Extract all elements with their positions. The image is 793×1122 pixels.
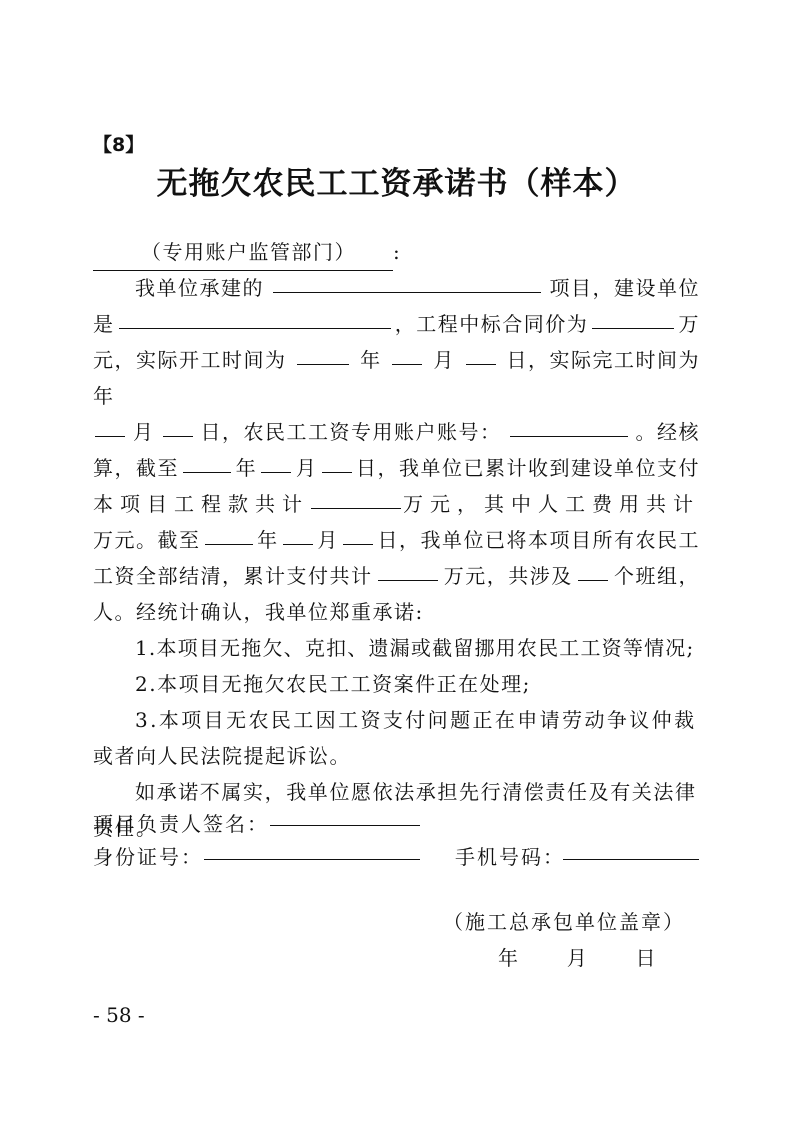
text: 算，截至	[93, 450, 179, 486]
addressee-line: （专用账户监管部门）:	[93, 234, 700, 271]
document-title: 无拖欠农民工工资承诺书（样本）	[0, 158, 793, 203]
text: 项目，建设单位	[550, 270, 701, 306]
end-month-blank[interactable]	[95, 414, 125, 437]
construction-unit-blank[interactable]	[119, 306, 391, 329]
seal-date: 年 月 日	[498, 942, 657, 971]
settled-year-blank[interactable]	[205, 522, 253, 545]
id-number-row: 身份证号：	[93, 839, 203, 875]
addressee-field[interactable]: （专用账户监管部门）	[93, 234, 393, 271]
text: 元，实际开工时间为	[93, 342, 287, 378]
document-page: 【8】 无拖欠农民工工资承诺书（样本） （专用账户监管部门）: 我单位承建的 项…	[0, 0, 793, 1122]
body-line-7: 本项目工程款共计 万元，其中人工费用共计	[93, 486, 700, 522]
text: 日，农民工工资专用账户账号：	[201, 414, 502, 450]
text: 日，我单位已将本项目所有农民工	[377, 522, 700, 558]
text: ，工程中标合同价为	[395, 306, 589, 342]
commitment-item-3-cont: 或者向人民法院提起诉讼。	[93, 738, 700, 774]
received-month-blank[interactable]	[261, 450, 291, 473]
text: 工资全部结清，累计支付共计	[93, 558, 373, 594]
manager-signature-row: 项目负责人签名：	[93, 806, 269, 842]
manager-signature-blank[interactable]	[270, 825, 420, 826]
page-number: - 58 -	[93, 1003, 145, 1027]
date-day: 日	[635, 946, 657, 970]
total-paid-blank[interactable]	[378, 558, 438, 581]
project-name-blank[interactable]	[273, 270, 541, 293]
text: 万元，其中人工费用共计	[403, 486, 700, 522]
document-number-label: 【8】	[93, 130, 144, 157]
team-count-blank[interactable]	[578, 558, 608, 581]
text: 。经核	[636, 414, 701, 450]
account-number-blank[interactable]	[510, 414, 628, 437]
contract-price-blank[interactable]	[592, 306, 674, 329]
start-year-blank[interactable]	[297, 342, 349, 365]
date-month: 月	[567, 946, 589, 970]
phone-number-label: 手机号码：	[455, 845, 565, 869]
text: 日，实际完工时间为	[506, 342, 700, 378]
body-line-4: 年	[93, 378, 700, 414]
text: 本项目工程款共计	[93, 486, 309, 522]
body-line-1: 我单位承建的 项目，建设单位	[93, 270, 700, 306]
received-year-blank[interactable]	[183, 450, 231, 473]
body-line-3: 元，实际开工时间为 年 月 日，实际完工时间为	[93, 342, 700, 378]
received-day-blank[interactable]	[322, 450, 352, 473]
body-line-9: 工资全部结清，累计支付共计 万元，共涉及 个班组，	[93, 558, 700, 594]
start-day-blank[interactable]	[466, 342, 496, 365]
date-year: 年	[498, 946, 520, 970]
body-line-2: 是 ，工程中标合同价为 万	[93, 306, 700, 342]
text: 月	[133, 414, 155, 450]
text: 月	[317, 522, 339, 558]
text: 我单位承建的	[135, 270, 264, 306]
text: 个班组，	[614, 558, 700, 594]
start-month-blank[interactable]	[392, 342, 422, 365]
text: 日，我单位已累计收到建设单位支付	[356, 450, 700, 486]
seal-label: （施工总承包单位盖章）	[443, 906, 685, 935]
settled-month-blank[interactable]	[283, 522, 313, 545]
text: 年	[257, 522, 279, 558]
commitment-item-3: 3.本项目无农民工因工资支付问题正在申请劳动争议仲裁	[93, 702, 742, 738]
addressee-text: （专用账户监管部门）	[93, 240, 356, 264]
text: 万元，共涉及	[444, 558, 573, 594]
end-day-blank[interactable]	[163, 414, 193, 437]
text: 是	[93, 306, 115, 342]
project-payment-blank[interactable]	[311, 486, 401, 509]
text: 年	[236, 450, 258, 486]
commitment-item-2: 2.本项目无拖欠农民工工资案件正在处理;	[93, 666, 742, 702]
id-number-label: 身份证号：	[93, 845, 203, 869]
text: 月	[433, 342, 455, 378]
settled-day-blank[interactable]	[343, 522, 373, 545]
phone-number-blank[interactable]	[563, 859, 699, 860]
phone-number-row: 手机号码：	[455, 839, 565, 875]
manager-signature-label: 项目负责人签名：	[93, 812, 269, 836]
text: 万元。截至	[93, 522, 201, 558]
body-line-10: 人。经统计确认，我单位郑重承诺:	[93, 594, 700, 630]
text: 万	[679, 306, 701, 342]
body-line-6: 算，截至 年 月 日，我单位已累计收到建设单位支付	[93, 450, 700, 486]
text: 年	[360, 342, 382, 378]
body-line-5: 月 日，农民工工资专用账户账号： 。经核	[93, 414, 700, 450]
id-number-blank[interactable]	[204, 859, 420, 860]
addressee-colon: :	[393, 240, 401, 264]
body-line-8: 万元。截至 年 月 日，我单位已将本项目所有农民工	[93, 522, 700, 558]
commitment-item-1: 1.本项目无拖欠、克扣、遗漏或截留挪用农民工工资等情况;	[93, 630, 742, 666]
closing-statement: 如承诺不属实，我单位愿依法承担先行清偿责任及有关法律	[93, 774, 742, 810]
text: 月	[296, 450, 318, 486]
